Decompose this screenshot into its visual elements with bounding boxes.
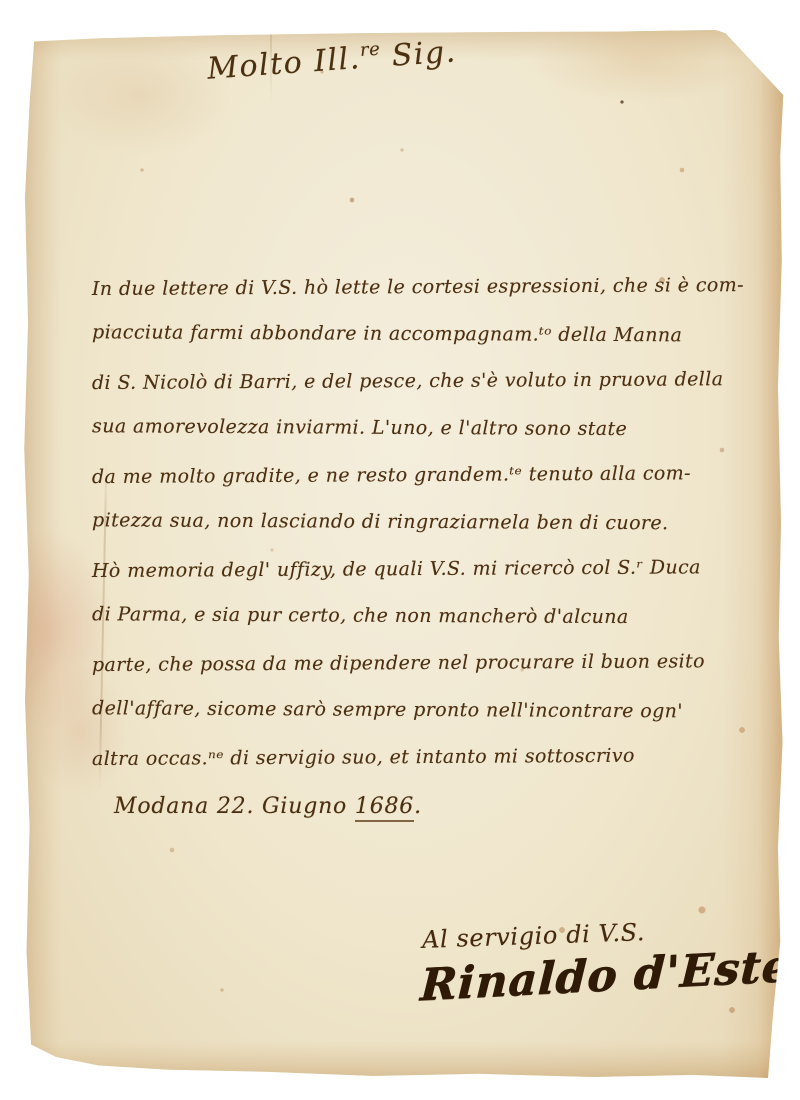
salutation-main: Molto Ill. xyxy=(206,41,362,87)
letter-line: In due lettere di V.S. hò lette le corte… xyxy=(92,274,760,325)
dateline-place-day: Modana 22. Giugno xyxy=(114,794,355,819)
letter-photograph: Molto Ill.re Sig. In due lettere di V.S.… xyxy=(0,0,800,1100)
salutation-superscript: re xyxy=(359,39,381,61)
letter-line: piacciuta farmi abbondare in accompagnam… xyxy=(92,321,760,371)
salutation: Molto Ill.re Sig. xyxy=(206,33,458,86)
letter-line: parte, che possa da me dipendere nel pro… xyxy=(92,650,760,701)
closing-formula: Al servigio di V.S. xyxy=(422,918,646,954)
salutation-rest: Sig. xyxy=(380,34,458,74)
signature-flourish-dot: . xyxy=(789,940,800,992)
letter-line: da me molto gradite, e ne resto grandem.… xyxy=(92,462,760,513)
letter-line: di Parma, e sia pur certo, che non manch… xyxy=(92,603,760,653)
dateline-year-underlined: 1686 xyxy=(355,794,414,822)
letter-line: altra occas.ⁿᵉ di servigio suo, et intan… xyxy=(92,744,760,795)
letter-line: pitezza sua, non lasciando di ringraziar… xyxy=(92,509,760,559)
letter-line: di S. Nicolò di Barri, e del pesce, che … xyxy=(92,368,760,419)
letter-paper: Molto Ill.re Sig. In due lettere di V.S.… xyxy=(22,30,784,1078)
letter-body: In due lettere di V.S. hò lette le corte… xyxy=(92,276,760,793)
letter-line: Hò memoria degl' uffizy, de quali V.S. m… xyxy=(92,556,760,607)
letter-line: sua amorevolezza inviarmi. L'uno, e l'al… xyxy=(92,415,760,465)
dateline: Modana 22. Giugno 1686. xyxy=(114,794,422,819)
dateline-suffix: . xyxy=(414,794,422,819)
letter-line: dell'affare, sicome sarò sempre pronto n… xyxy=(92,697,760,747)
